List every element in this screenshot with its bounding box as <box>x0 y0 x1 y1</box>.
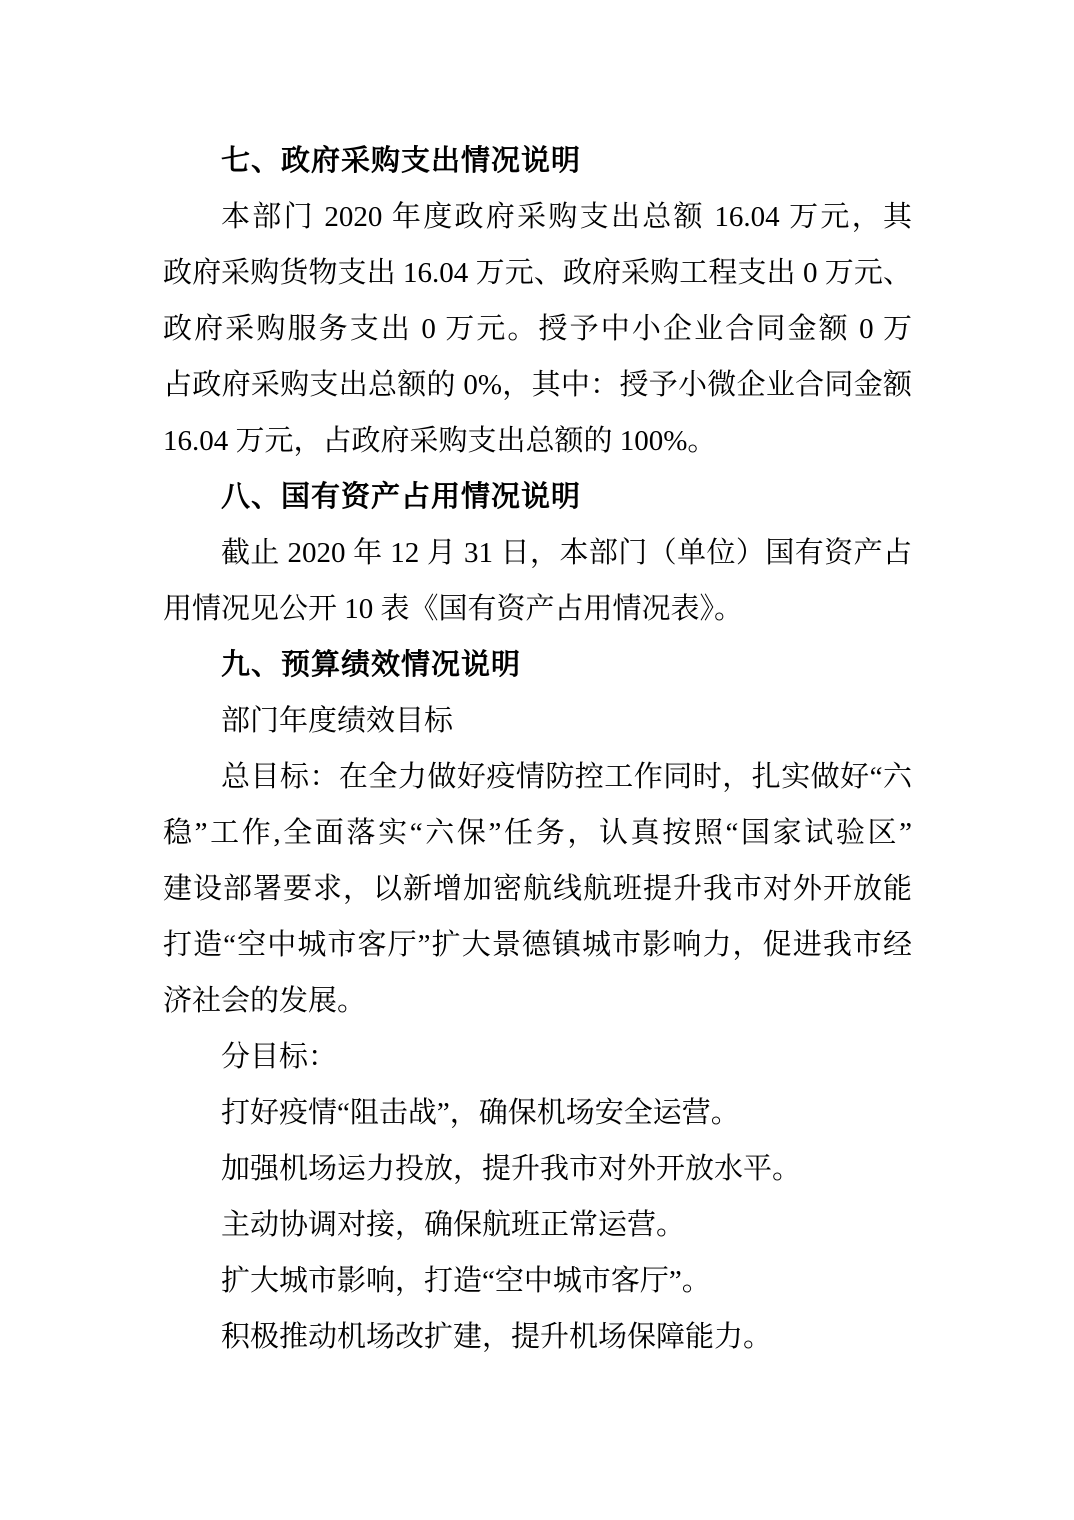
para-procurement-line-2: 政府采购货物支出 16.04 万元、政府采购工程支出 0 万元、 <box>163 245 912 301</box>
document-page: 七、政府采购支出情况说明 本部门 2020 年度政府采购支出总额 16.04 万… <box>0 0 1074 1520</box>
para-annual-performance-goal: 部门年度绩效目标 <box>163 693 912 749</box>
section-heading-9: 九、预算绩效情况说明 <box>163 637 912 693</box>
para-state-assets-line-2: 用情况见公开 10 表《国有资产占用情况表》。 <box>163 581 912 637</box>
para-overall-goal-line-5: 济社会的发展。 <box>163 973 912 1029</box>
para-sub-goals-label: 分目标： <box>163 1029 912 1085</box>
para-overall-goal-line-1: 总目标：在全力做好疫情防控工作同时，扎实做好“六 <box>163 749 912 805</box>
section-heading-7: 七、政府采购支出情况说明 <box>163 133 912 189</box>
para-overall-goal-line-3: 建设部署要求，以新增加密航线航班提升我市对外开放能力， <box>163 861 912 917</box>
para-overall-goal-line-4: 打造“空中城市客厅”扩大景德镇城市影响力，促进我市经 <box>163 917 912 973</box>
document-text-block: 七、政府采购支出情况说明 本部门 2020 年度政府采购支出总额 16.04 万… <box>163 133 912 1365</box>
para-procurement-line-5: 16.04 万元，占政府采购支出总额的 100%。 <box>163 413 912 469</box>
para-sub-goal-5: 积极推动机场改扩建，提升机场保障能力。 <box>163 1309 912 1365</box>
para-overall-goal-line-2: 稳”工作,全面落实“六保”任务，认真按照“国家试验区” <box>163 805 912 861</box>
para-sub-goal-2: 加强机场运力投放，提升我市对外开放水平。 <box>163 1141 912 1197</box>
para-procurement-line-3: 政府采购服务支出 0 万元。授予中小企业合同金额 0 万元， <box>163 301 912 357</box>
para-procurement-line-4: 占政府采购支出总额的 0%，其中：授予小微企业合同金额 <box>163 357 912 413</box>
section-heading-8: 八、国有资产占用情况说明 <box>163 469 912 525</box>
para-procurement-line-1: 本部门 2020 年度政府采购支出总额 16.04 万元，其中： <box>163 189 912 245</box>
para-sub-goal-4: 扩大城市影响，打造“空中城市客厅”。 <box>163 1253 912 1309</box>
para-sub-goal-3: 主动协调对接，确保航班正常运营。 <box>163 1197 912 1253</box>
para-state-assets-line-1: 截止 2020 年 12 月 31 日，本部门（单位）国有资产占 <box>163 525 912 581</box>
para-sub-goal-1: 打好疫情“阻击战”，确保机场安全运营。 <box>163 1085 912 1141</box>
